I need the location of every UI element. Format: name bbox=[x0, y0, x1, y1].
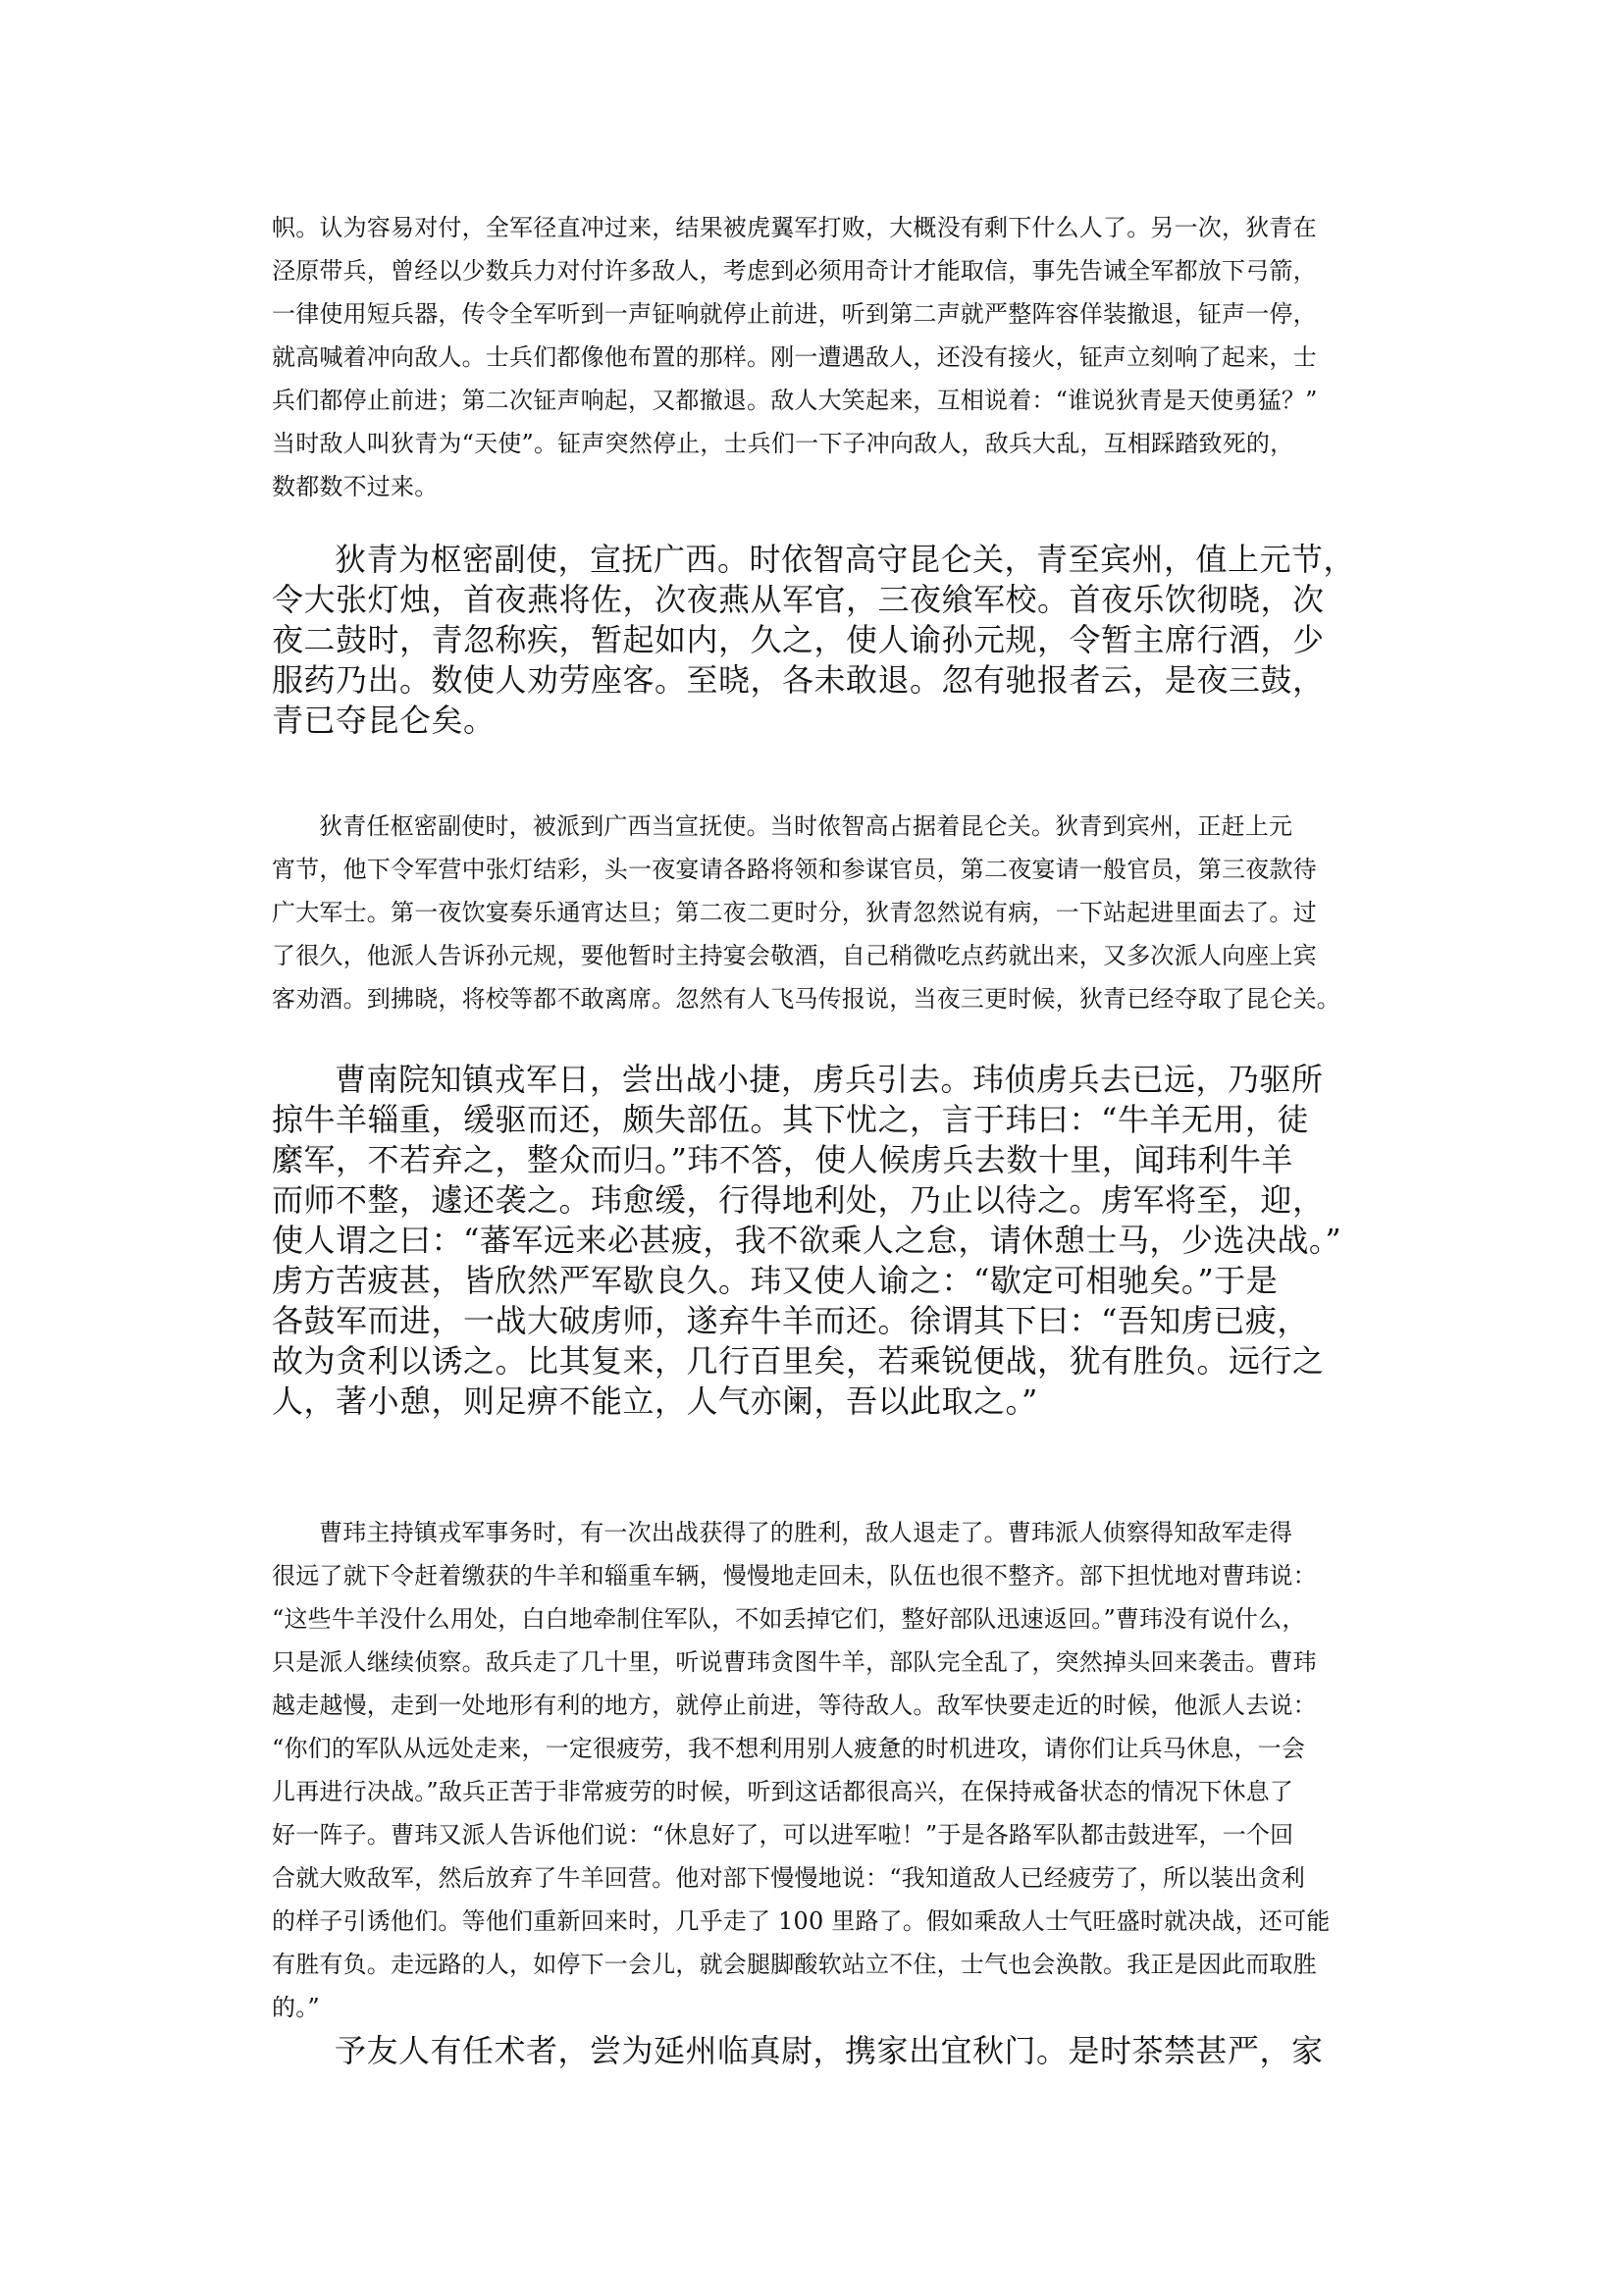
translation-paragraph-diqing-tactics: 帜。认为容易对付，全军径直冲过来，结果被虎翼军打败，大概没有剩下什么人了。另一次… bbox=[272, 206, 1355, 508]
text-line: 帜。认为容易对付，全军径直冲过来，结果被虎翼军打败，大概没有剩下什么人了。另一次… bbox=[272, 206, 1355, 249]
text-line: 狄青为枢密副使，宣抚广西。时依智高守昆仑关，青至宾州，值上元节， bbox=[272, 540, 1355, 580]
text-line: 客劝酒。到拂晓，将校等都不敢离席。忽然有人飞马传报说，当夜三更时候，狄青已经夺取… bbox=[272, 977, 1355, 1020]
text-line: “这些牛羊没什么用处，白白地牵制住军队，不如丢掉它们，整好部队迅速返回。”曹玮没… bbox=[272, 1597, 1355, 1641]
translation-paragraph-diqing-kunlun: 狄青任枢密副使时，被派到广西当宣抚使。当时侬智高占据着昆仑关。狄青到宾州，正赶上… bbox=[272, 805, 1355, 1020]
text-line: 令大张灯烛，首夜燕将佐，次夜燕从军官，三夜飨军校。首夜乐饮彻晓，次 bbox=[272, 580, 1355, 620]
text-line: 青已夺昆仑矣。 bbox=[272, 701, 1355, 741]
text-line: 故为贪利以诱之。比其复来，几行百里矣，若乘锐便战，犹有胜负。远行之 bbox=[272, 1341, 1355, 1382]
text-line: 数都数不过来。 bbox=[272, 465, 1355, 508]
text-line: 的样子引诱他们。等他们重新回来时，几乎走了 100 里路了。假如乘敌人士气旺盛时… bbox=[272, 1900, 1355, 1943]
text-line: 的。” bbox=[272, 1986, 1355, 2029]
text-line: 当时敌人叫狄青为“天使”。钲声突然停止，士兵们一下子冲向敌人，敌兵大乱，互相踩踏… bbox=[272, 422, 1355, 465]
text-line: 越走越慢，走到一处地形有利的地方，就停止前进，等待敌人。敌军快要走近的时候，他派… bbox=[272, 1684, 1355, 1727]
classical-paragraph-renshu: 予友人有任术者，尝为延州临真尉，携家出宜秋门。是时茶禁甚严，家 bbox=[272, 2031, 1355, 2071]
text-line: 好一阵子。曹玮又派人告诉他们说：“休息好了，可以进军啦！”于是各路军队都击鼓进军… bbox=[272, 1813, 1355, 1856]
classical-paragraph-diqing-kunlun: 狄青为枢密副使，宣抚广西。时依智高守昆仑关，青至宾州，值上元节， 令大张灯烛，首… bbox=[272, 540, 1355, 741]
text-line: 服药乃出。数使人劝劳座客。至晓，各未敢退。忽有驰报者云，是夜三鼓， bbox=[272, 660, 1355, 701]
text-line: 泾原带兵，曾经以少数兵力对付许多敌人，考虑到必须用奇计才能取信，事先告诫全军都放… bbox=[272, 249, 1355, 292]
text-line: 曹南院知镇戎军日，尝出战小捷，虏兵引去。玮侦虏兵去已远，乃驱所 bbox=[272, 1060, 1355, 1100]
text-line: 了很久，他派人告诉孙元规，要他暂时主持宴会敬酒，自己稍微吃点药就出来，又多次派人… bbox=[272, 934, 1355, 977]
text-line: 合就大败敌军，然后放弃了牛羊回营。他对部下慢慢地说：“我知道敌人已经疲劳了，所以… bbox=[272, 1856, 1355, 1900]
text-line: “你们的军队从远处走来，一定很疲劳，我不想利用别人疲惫的时机进攻，请你们让兵马休… bbox=[272, 1727, 1355, 1770]
text-line: 一律使用短兵器，传令全军听到一声钲响就停止前进，听到第二声就严整阵容佯装撤退，钲… bbox=[272, 292, 1355, 336]
text-line: 只是派人继续侦察。敌兵走了几十里，听说曹玮贪图牛羊，部队完全乱了，突然掉头回来袭… bbox=[272, 1641, 1355, 1684]
text-line: 广大军士。第一夜饮宴奏乐通宵达旦；第二夜二更时分，狄青忽然说有病，一下站起进里面… bbox=[272, 891, 1355, 934]
text-line: 夜二鼓时，青忽称疾，暂起如内，久之，使人谕孙元规，令暂主席行酒，少 bbox=[272, 620, 1355, 660]
text-line: 使人谓之曰：“蕃军远来必甚疲，我不欲乘人之怠，请休憩士马，少选决战。” bbox=[272, 1221, 1355, 1261]
text-line: 儿再进行决战。”敌兵正苦于非常疲劳的时候，听到这话都很高兴，在保持戒备状态的情况… bbox=[272, 1770, 1355, 1813]
text-line: 有胜有负。走远路的人，如停下一会儿，就会腿脚酸软站立不住，士气也会涣散。我正是因… bbox=[272, 1943, 1355, 1986]
text-line: 曹玮主持镇戎军事务时，有一次出战获得了的胜利，敌人退走了。曹玮派人侦察得知敌军走… bbox=[272, 1511, 1355, 1554]
text-line: 縻军，不若弃之，整众而归。”玮不答，使人候虏兵去数十里，闻玮利牛羊 bbox=[272, 1140, 1355, 1180]
text-line: 人，著小憩，则足痹不能立，人气亦阑，吾以此取之。” bbox=[272, 1382, 1355, 1422]
text-line: 狄青任枢密副使时，被派到广西当宣抚使。当时侬智高占据着昆仑关。狄青到宾州，正赶上… bbox=[272, 805, 1355, 848]
text-line: 很远了就下令赶着缴获的牛羊和辎重车辆，慢慢地走回未，队伍也很不整齐。部下担忧地对… bbox=[272, 1554, 1355, 1597]
text-line: 虏方苦疲甚，皆欣然严军歇良久。玮又使人谕之：“歇定可相驰矣。”于是 bbox=[272, 1261, 1355, 1301]
classical-paragraph-caowei: 曹南院知镇戎军日，尝出战小捷，虏兵引去。玮侦虏兵去已远，乃驱所 掠牛羊辎重，缓驱… bbox=[272, 1060, 1355, 1422]
text-line: 兵们都停止前进；第二次钲声响起，又都撤退。敌人大笑起来，互相说着：“谁说狄青是天… bbox=[272, 379, 1355, 422]
text-line: 予友人有任术者，尝为延州临真尉，携家出宜秋门。是时茶禁甚严，家 bbox=[272, 2031, 1355, 2071]
translation-paragraph-caowei: 曹玮主持镇戎军事务时，有一次出战获得了的胜利，敌人退走了。曹玮派人侦察得知敌军走… bbox=[272, 1511, 1355, 2029]
text-line: 宵节，他下令军营中张灯结彩，头一夜宴请各路将领和参谋官员，第二夜宴请一般官员，第… bbox=[272, 848, 1355, 891]
text-line: 各鼓军而进，一战大破虏师，遂弃牛羊而还。徐谓其下曰：“吾知虏已疲， bbox=[272, 1301, 1355, 1341]
document-page: 帜。认为容易对付，全军径直冲过来，结果被虎翼军打败，大概没有剩下什么人了。另一次… bbox=[0, 0, 1624, 2294]
text-line: 掠牛羊辎重，缓驱而还，颇失部伍。其下忧之，言于玮曰：“牛羊无用，徒 bbox=[272, 1100, 1355, 1140]
text-line: 就高喊着冲向敌人。士兵们都像他布置的那样。刚一遭遇敌人，还没有接火，钲声立刻响了… bbox=[272, 336, 1355, 379]
text-line: 而师不整，遽还袭之。玮愈缓，行得地利处，乃止以待之。虏军将至，迎， bbox=[272, 1180, 1355, 1221]
